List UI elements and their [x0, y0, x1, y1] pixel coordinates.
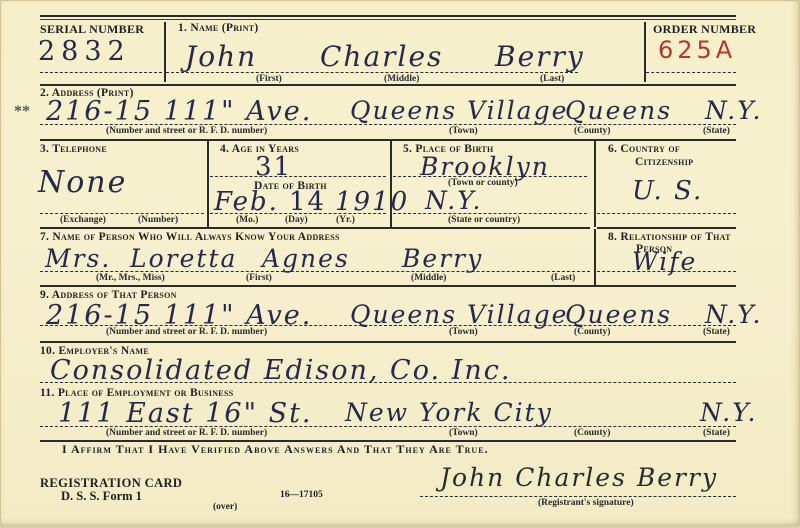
row3-separator-left	[40, 227, 590, 229]
citizenship-underline	[597, 213, 736, 214]
contact-divider	[594, 229, 596, 285]
employment-place-town: New York City	[345, 398, 553, 427]
row4-separator	[40, 285, 736, 287]
affirmation-text: I Affirm That I Have Verified Above Answ…	[62, 442, 489, 457]
contact-first: Loretta	[130, 244, 237, 273]
employment-place-sub-state: (State)	[703, 428, 730, 438]
contact-address-sub-county: (County)	[574, 327, 610, 337]
name-middle: Charles	[320, 40, 443, 73]
order-underline	[646, 72, 736, 73]
contact-middle: Agnes	[262, 244, 350, 273]
dob-sub-yr: (Yr.)	[336, 215, 355, 225]
age-underline	[210, 176, 386, 177]
birthplace-state-underline	[393, 213, 587, 214]
contact-label: 7. Name of Person Who Will Always Know Y…	[40, 231, 340, 243]
telephone-sub-number: (Number)	[138, 215, 178, 225]
telephone-label: 3. Telephone	[40, 143, 107, 155]
employer-underline	[40, 382, 736, 383]
citizenship-label-1: 6. Country of	[608, 143, 680, 155]
employment-place-sub-street: (Number and street or R. F. D. number)	[106, 428, 267, 438]
dob-underline	[210, 213, 386, 214]
row5-separator	[40, 341, 736, 343]
birthplace-town-underline	[393, 176, 587, 177]
address-street: 216-15 111" Ave.	[46, 96, 312, 127]
name-sub-first: (First)	[256, 74, 282, 84]
serial-number-label: SERIAL NUMBER	[40, 22, 144, 37]
row2-separator	[40, 139, 736, 141]
contact-sub-last: (Last)	[551, 273, 575, 283]
signature-underline	[420, 496, 736, 497]
row1-separator	[40, 84, 736, 86]
serial-underline	[40, 72, 162, 73]
relationship-underline	[597, 271, 736, 272]
employment-place-sub-county: (County)	[574, 428, 610, 438]
form-number: D. S. S. Form 1	[61, 489, 142, 504]
birthplace-state: N.Y.	[425, 186, 482, 215]
serial-number-value: 2832	[38, 36, 131, 67]
address-sub-county: (County)	[574, 126, 610, 136]
contact-sub-first: (First)	[246, 273, 272, 283]
name-label: 1. Name (Print)	[178, 22, 259, 34]
dob-sub-mo: (Mo.)	[236, 215, 258, 225]
name-first: John	[185, 40, 257, 73]
registrant-signature: John Charles Berry	[440, 463, 718, 492]
name-underline	[166, 72, 578, 73]
serial-divider	[164, 22, 166, 82]
address-sub-street: (Number and street or R. F. D. number)	[106, 126, 267, 136]
contact-address-sub-street: (Number and street or R. F. D. number)	[106, 327, 267, 337]
contact-sub-title: (Mr., Mrs., Miss)	[96, 273, 165, 283]
citizenship-label-2: Citizenship	[635, 156, 693, 168]
employment-place-underline	[40, 426, 736, 427]
citizenship-value: U. S.	[632, 176, 703, 206]
birthplace-divider	[594, 141, 596, 227]
age-divider	[390, 141, 392, 227]
employment-place-state: N.Y.	[700, 398, 757, 427]
address-town: Queens Village	[350, 96, 568, 125]
address-asterisks: **	[14, 103, 30, 121]
birthplace-sub-state: (State or country)	[448, 215, 520, 225]
relationship-label-1: 8. Relationship of That	[608, 231, 731, 243]
contact-address-sub-state: (State)	[703, 327, 730, 337]
address-sub-state: (State)	[703, 126, 730, 136]
contact-last: Berry	[402, 244, 483, 273]
row3-separator-right	[597, 227, 736, 229]
contact-address-sub-town: (Town)	[449, 327, 478, 337]
contact-address-underline	[40, 325, 736, 326]
address-state: N.Y.	[705, 96, 762, 125]
top-border	[40, 15, 736, 17]
telephone-sub-exchange: (Exchange)	[60, 215, 106, 225]
contact-underline	[40, 271, 590, 272]
order-number-label: ORDER NUMBER	[653, 22, 756, 37]
order-divider	[644, 22, 646, 82]
name-sub-middle: (Middle)	[384, 74, 419, 84]
address-sub-town: (Town)	[449, 126, 478, 136]
employment-place-street: 111 East 16" St.	[58, 398, 313, 429]
over-note: (over)	[213, 502, 237, 512]
address-county: Queens	[565, 96, 672, 125]
telephone-divider	[207, 141, 209, 227]
address-underline	[40, 124, 736, 125]
contact-title: Mrs.	[45, 244, 111, 273]
top-border-inner	[40, 19, 736, 20]
registration-card: SERIAL NUMBER 2832 1. Name (Print) John …	[0, 0, 800, 526]
telephone-underline	[40, 213, 204, 214]
employment-place-sub-town: (Town)	[449, 428, 478, 438]
contact-sub-middle: (Middle)	[411, 273, 446, 283]
print-code: 16—17105	[280, 490, 323, 500]
telephone-value: None	[38, 165, 127, 200]
order-number-value: 625A	[658, 36, 736, 64]
name-last: Berry	[495, 40, 585, 73]
name-sub-last: (Last)	[540, 74, 564, 84]
signature-label: (Registrant's signature)	[538, 498, 634, 508]
age-value: 31	[255, 152, 292, 182]
dob-sub-day: (Day)	[285, 215, 308, 225]
